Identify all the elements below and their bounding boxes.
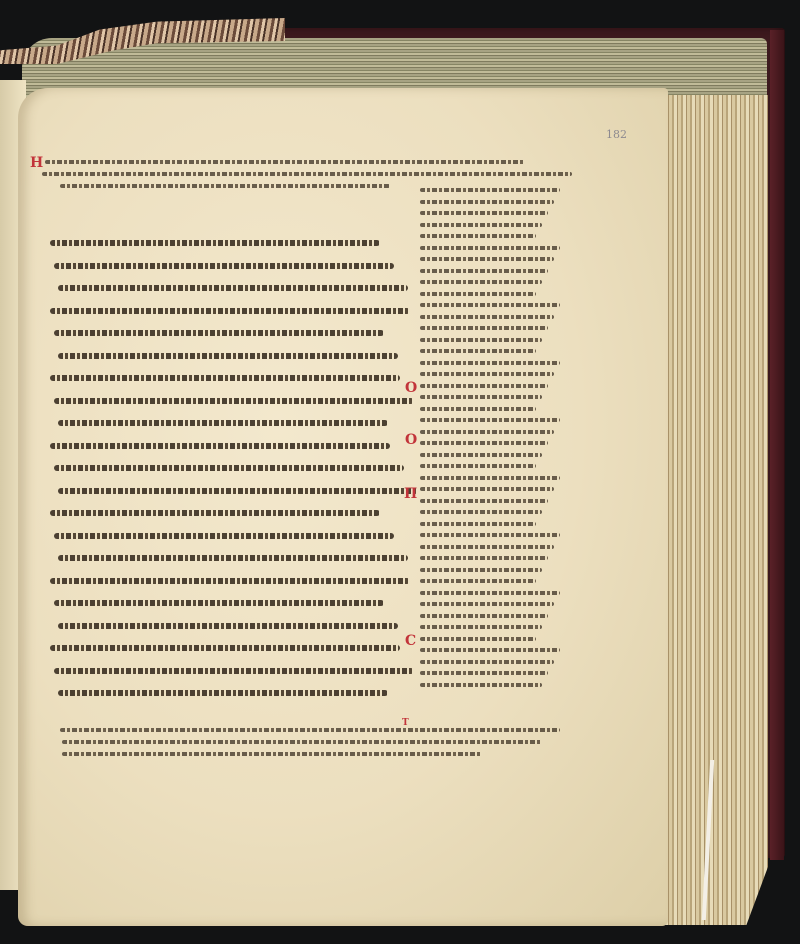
script-line: [420, 441, 548, 445]
script-line: [420, 499, 548, 503]
script-line: [420, 671, 548, 675]
script-line: [50, 645, 400, 651]
script-line: [420, 418, 560, 422]
manuscript-page: [18, 88, 668, 926]
script-line: [420, 292, 536, 296]
script-line: [420, 568, 542, 572]
script-line: [58, 488, 418, 494]
script-line: [420, 660, 554, 664]
rubric-initial: Ο: [405, 380, 417, 396]
script-line: [420, 464, 536, 468]
script-line: [60, 728, 560, 732]
script-line: [420, 591, 560, 595]
rubric-initial: Ο: [405, 432, 417, 448]
rubric-initial: Π: [404, 486, 417, 502]
script-line: [420, 269, 548, 273]
script-line: [420, 223, 542, 227]
script-line: [50, 240, 380, 246]
script-line: [54, 330, 384, 336]
script-line: [50, 578, 410, 584]
script-line: [420, 395, 542, 399]
script-line: [420, 372, 554, 376]
script-line: [420, 579, 536, 583]
script-line: [420, 349, 536, 353]
script-line: [420, 407, 536, 411]
script-line: [58, 623, 398, 629]
script-line: [420, 510, 542, 514]
script-line: [420, 487, 554, 491]
script-line: [54, 465, 404, 471]
script-line: [54, 668, 414, 674]
script-line: [54, 600, 384, 606]
script-line: [420, 211, 548, 215]
script-line: [62, 740, 542, 744]
script-line: [420, 602, 554, 606]
script-line: [62, 752, 482, 756]
script-line: [58, 690, 388, 696]
fore-edge: [660, 95, 768, 925]
script-line: [420, 522, 536, 526]
script-line: [50, 510, 380, 516]
script-line: [420, 315, 554, 319]
rubric-initial: Η: [30, 155, 43, 171]
script-line: [420, 614, 548, 618]
script-line: [420, 280, 542, 284]
script-line: [420, 430, 554, 434]
script-line: [420, 453, 542, 457]
script-line: [54, 263, 394, 269]
script-line: [420, 188, 560, 192]
script-line: [420, 648, 560, 652]
script-line: [54, 398, 414, 404]
binding-edge: [770, 30, 784, 860]
script-line: [58, 420, 388, 426]
script-line: [54, 533, 394, 539]
script-line: [58, 285, 408, 291]
script-line: [45, 160, 525, 164]
script-line: [420, 234, 536, 238]
script-line: [420, 476, 560, 480]
script-line: [58, 555, 408, 561]
script-line: [58, 353, 398, 359]
script-line: [420, 246, 560, 250]
script-line: [50, 375, 400, 381]
script-line: [50, 308, 410, 314]
script-line: [420, 303, 560, 307]
script-line: [420, 361, 560, 365]
script-line: [420, 556, 548, 560]
script-line: [420, 326, 548, 330]
script-line: [420, 384, 548, 388]
rubric-initial: Τ: [402, 718, 409, 728]
script-line: [420, 637, 536, 641]
script-line: [420, 257, 554, 261]
script-line: [420, 683, 542, 687]
script-line: [42, 172, 572, 176]
script-line: [420, 533, 560, 537]
manuscript-photo: 182 Η Ο Ο Π C Τ: [0, 0, 800, 944]
script-line: [420, 338, 542, 342]
folio-number: 182: [606, 128, 627, 141]
script-line: [50, 443, 390, 449]
script-line: [420, 545, 554, 549]
rubric-initial: C: [405, 633, 416, 649]
script-line: [420, 625, 542, 629]
script-line: [60, 184, 390, 188]
script-line: [420, 200, 554, 204]
